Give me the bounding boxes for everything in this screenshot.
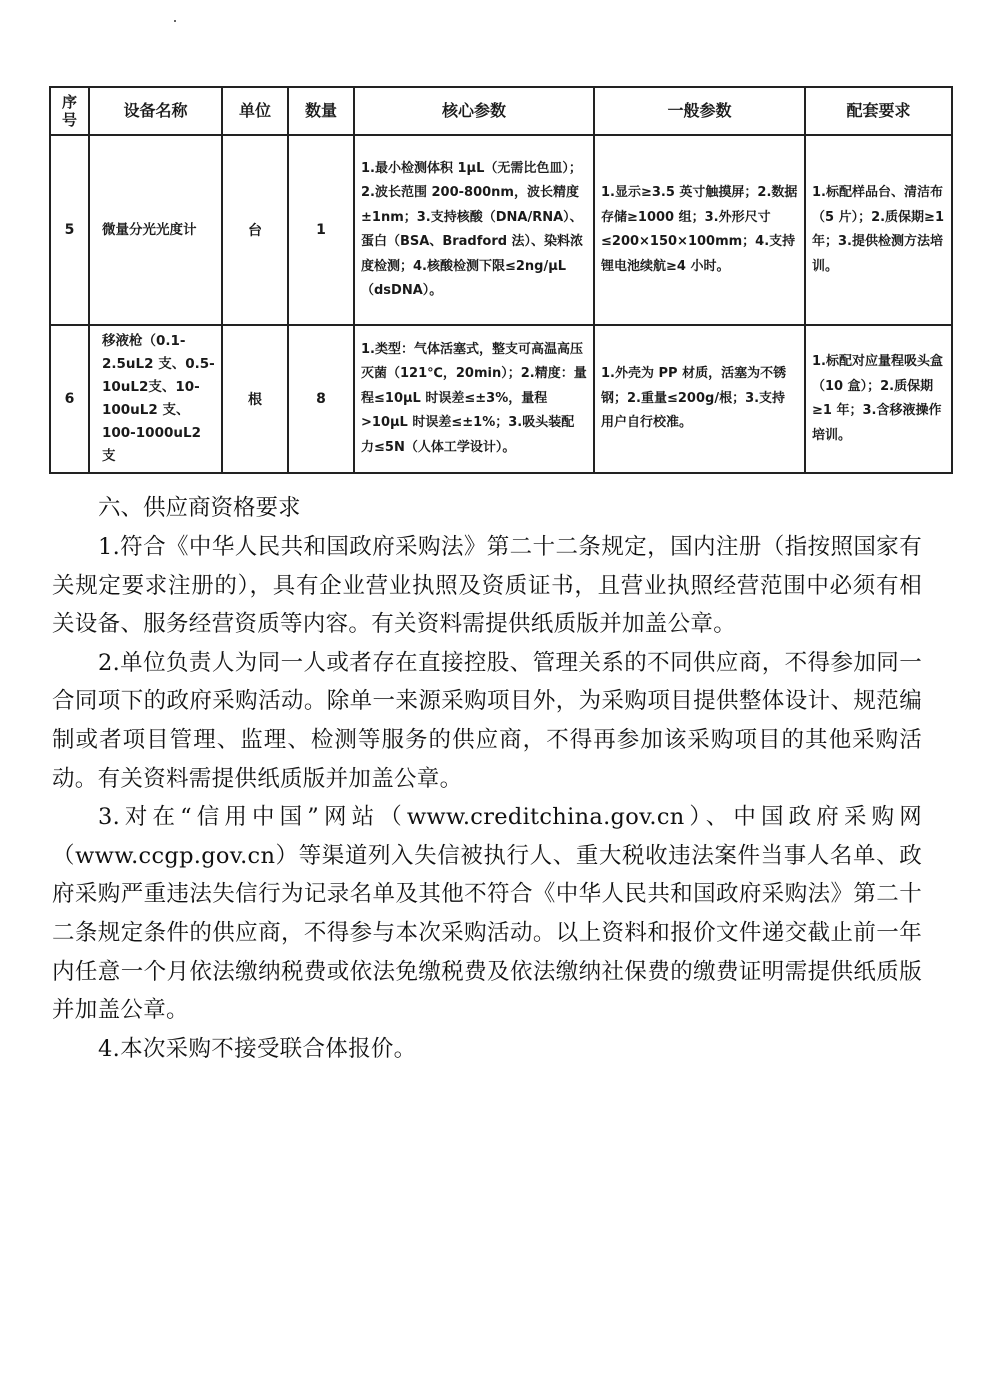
cell-general-params: 1.显示≥3.5 英寸触摸屏；2.数据存储≥1000 组；3.外形尺寸≤200×… [594, 135, 805, 325]
table-row: 5 微量分光光度计 台 1 1.最小检测体积 1μL（无需比色皿）；2.波长范围… [50, 135, 952, 325]
scan-speck [174, 20, 176, 22]
cell-unit: 根 [222, 325, 288, 473]
header-general-params: 一般参数 [594, 87, 805, 135]
cell-name: 微量分光光度计 [89, 135, 222, 325]
equipment-table: 序号 设备名称 单位 数量 核心参数 一般参数 配套要求 5 微量分光光度计 台… [49, 86, 949, 474]
paragraph-3: 3.对在“信用中国”网站（www.creditchina.gov.cn）、中国政… [52, 798, 922, 1030]
header-no: 序号 [50, 87, 89, 135]
cell-no: 6 [50, 325, 89, 473]
header-core-params: 核心参数 [354, 87, 594, 135]
cell-no: 5 [50, 135, 89, 325]
header-unit: 单位 [222, 87, 288, 135]
cell-qty: 1 [288, 135, 354, 325]
cell-qty: 8 [288, 325, 354, 473]
table-row: 6 移液枪（0.1-2.5uL2 支、0.5-10uL2支、10-100uL2 … [50, 325, 952, 473]
cell-core-params: 1.类型：气体活塞式，整支可高温高压灭菌（121℃，20min）；2.精度：量程… [354, 325, 594, 473]
cell-unit: 台 [222, 135, 288, 325]
paragraph-4: 4.本次采购不接受联合体报价。 [52, 1030, 922, 1069]
table-header-row: 序号 设备名称 单位 数量 核心参数 一般参数 配套要求 [50, 87, 952, 135]
paragraph-2: 2.单位负责人为同一人或者存在直接控股、管理关系的不同供应商，不得参加同一合同项… [52, 644, 922, 798]
section-body: 1.符合《中华人民共和国政府采购法》第二十二条规定，国内注册（指按照国家有关规定… [52, 528, 922, 1068]
header-support-reqs: 配套要求 [805, 87, 952, 135]
cell-core-params: 1.最小检测体积 1μL（无需比色皿）；2.波长范围 200-800nm，波长精… [354, 135, 594, 325]
header-qty: 数量 [288, 87, 354, 135]
paragraph-1: 1.符合《中华人民共和国政府采购法》第二十二条规定，国内注册（指按照国家有关规定… [52, 528, 922, 644]
cell-general-params: 1.外壳为 PP 材质，活塞为不锈钢；2.重量≤200g/根；3.支持用户自行校… [594, 325, 805, 473]
header-name: 设备名称 [89, 87, 222, 135]
cell-support-reqs: 1.标配样品台、清洁布（5 片）；2.质保期≥1 年；3.提供检测方法培训。 [805, 135, 952, 325]
cell-name: 移液枪（0.1-2.5uL2 支、0.5-10uL2支、10-100uL2 支、… [89, 325, 222, 473]
section-heading: 六、供应商资格要求 [98, 490, 301, 522]
cell-support-reqs: 1.标配对应量程吸头盒（10 盒）；2.质保期≥1 年；3.含移液操作培训。 [805, 325, 952, 473]
